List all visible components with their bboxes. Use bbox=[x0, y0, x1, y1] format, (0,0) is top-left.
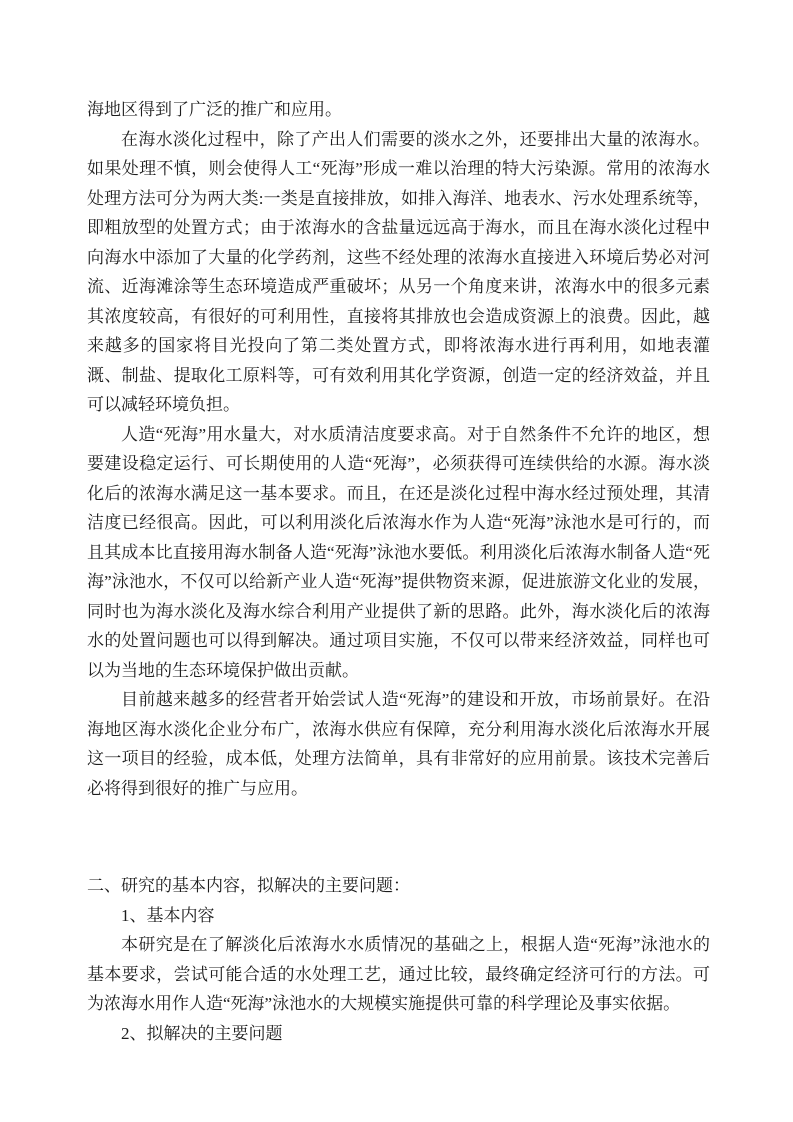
document-body: 海地区得到了广泛的推广和应用。 在海水淡化过程中，除了产出人们需要的淡水之外，还… bbox=[87, 95, 710, 1048]
document-page: 海地区得到了广泛的推广和应用。 在海水淡化过程中，除了产出人们需要的淡水之外，还… bbox=[0, 0, 793, 1122]
paragraph-dead-sea-feasibility: 人造“死海”用水量大，对水质清洁度要求高。对于自然条件不允许的地区，想要建设稳定… bbox=[87, 420, 710, 686]
paragraph-market-outlook: 目前越来越多的经营者开始尝试人造“死海”的建设和开放，市场前景好。在沿海地区海水… bbox=[87, 685, 710, 803]
section-heading: 二、研究的基本内容，拟解决的主要问题： bbox=[87, 871, 710, 901]
paragraph-brine-disposal: 在海水淡化过程中，除了产出人们需要的淡水之外，还要排出大量的浓海水。如果处理不慎… bbox=[87, 125, 710, 420]
subsection-title-basic-content: 1、基本内容 bbox=[87, 901, 710, 931]
paragraph-research-basis: 本研究是在了解淡化后浓海水水质情况的基础之上，根据人造“死海”泳池水的基本要求，… bbox=[87, 930, 710, 1019]
subsection-title-main-problems: 2、拟解决的主要问题 bbox=[87, 1019, 710, 1049]
paragraph-continuation: 海地区得到了广泛的推广和应用。 bbox=[87, 95, 710, 125]
